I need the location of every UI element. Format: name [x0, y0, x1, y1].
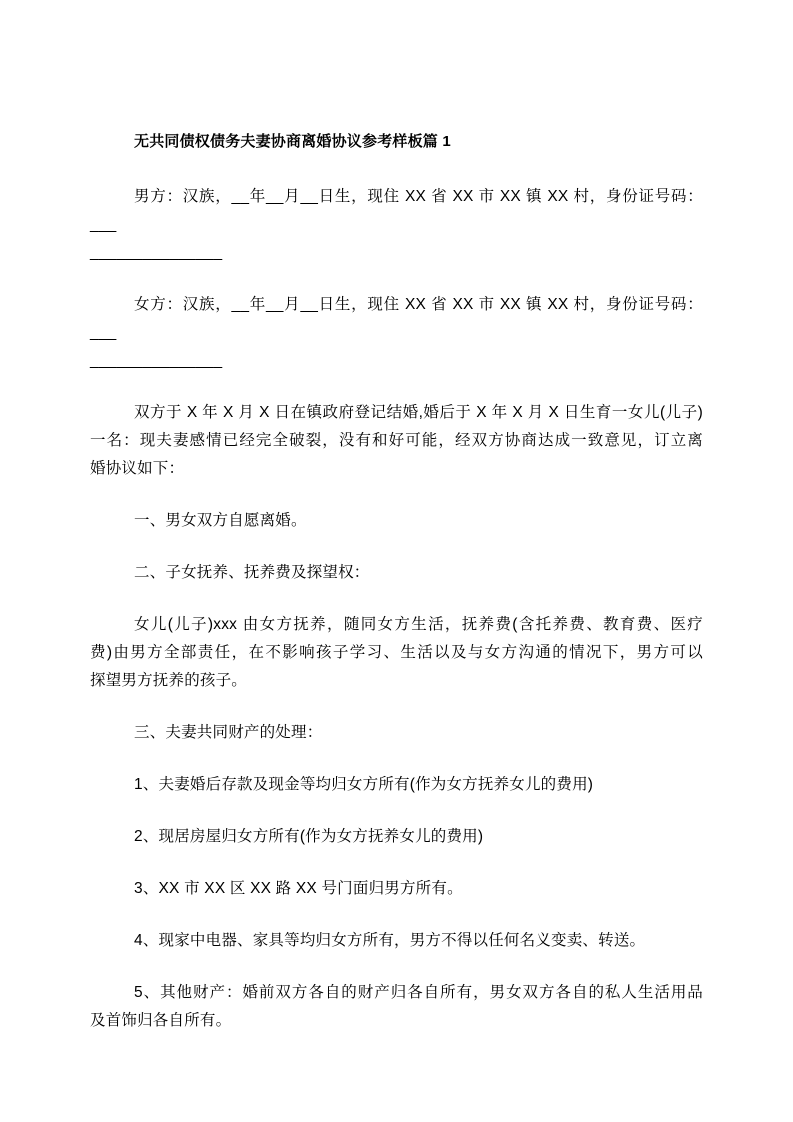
paragraph-line: 双方于 X 年 X 月 X 日在镇政府登记结婚,婚后于 X 年 X 月 X 日生… — [90, 399, 703, 427]
paragraph: 三、夫妻共同财产的处理： — [90, 719, 703, 747]
paragraph: 5、其他财产：婚前双方各自的财产归各自所有，男女双方各自的私人生活用品及首饰归各… — [90, 979, 703, 1035]
paragraph-line: _______________ — [90, 239, 703, 267]
paragraph-line: 探望男方抚养的孩子。 — [90, 667, 703, 695]
paragraph: 女方：汉族，__年__月__日生，现住 XX 省 XX 市 XX 镇 XX 村，… — [90, 291, 703, 375]
document-body: 男方：汉族，__年__月__日生，现住 XX 省 XX 市 XX 镇 XX 村，… — [90, 183, 703, 1035]
paragraph: 二、子女抚养、抚养费及探望权： — [90, 559, 703, 587]
paragraph: 1、夫妻婚后存款及现金等均归女方所有(作为女方抚养女儿的费用) — [90, 771, 703, 799]
paragraph-line: 1、夫妻婚后存款及现金等均归女方所有(作为女方抚养女儿的费用) — [90, 771, 703, 799]
paragraph-line: 婚协议如下： — [90, 455, 703, 483]
paragraph: 3、XX 市 XX 区 XX 路 XX 号门面归男方所有。 — [90, 875, 703, 903]
paragraph: 4、现家中电器、家具等均归女方所有，男方不得以任何名义变卖、转送。 — [90, 927, 703, 955]
paragraph: 女儿(儿子)xxx 由女方抚养，随同女方生活，抚养费(含托养费、教育费、医疗费)… — [90, 611, 703, 695]
paragraph-line: 一、男女双方自愿离婚。 — [90, 507, 703, 535]
document-title: 无共同债权债务夫妻协商离婚协议参考样板篇 1 — [90, 128, 703, 156]
paragraph-line: 男方：汉族，__年__月__日生，现住 XX 省 XX 市 XX 镇 XX 村，… — [90, 183, 703, 239]
paragraph-line: _______________ — [90, 347, 703, 375]
document-page: 无共同债权债务夫妻协商离婚协议参考样板篇 1 男方：汉族，__年__月__日生，… — [0, 0, 793, 1122]
paragraph-line: 费)由男方全部责任，在不影响孩子学习、生活以及与女方沟通的情况下，男方可以 — [90, 639, 703, 667]
paragraph-line: 5、其他财产：婚前双方各自的财产归各自所有，男女双方各自的私人生活用品 — [90, 979, 703, 1007]
paragraph-line: 3、XX 市 XX 区 XX 路 XX 号门面归男方所有。 — [90, 875, 703, 903]
paragraph: 一、男女双方自愿离婚。 — [90, 507, 703, 535]
paragraph-line: 女儿(儿子)xxx 由女方抚养，随同女方生活，抚养费(含托养费、教育费、医疗 — [90, 611, 703, 639]
paragraph-line: 2、现居房屋归女方所有(作为女方抚养女儿的费用) — [90, 823, 703, 851]
paragraph-line: 及首饰归各自所有。 — [90, 1007, 703, 1035]
paragraph: 男方：汉族，__年__月__日生，现住 XX 省 XX 市 XX 镇 XX 村，… — [90, 183, 703, 267]
paragraph: 2、现居房屋归女方所有(作为女方抚养女儿的费用) — [90, 823, 703, 851]
paragraph-line: 二、子女抚养、抚养费及探望权： — [90, 559, 703, 587]
paragraph-line: 4、现家中电器、家具等均归女方所有，男方不得以任何名义变卖、转送。 — [90, 927, 703, 955]
paragraph: 双方于 X 年 X 月 X 日在镇政府登记结婚,婚后于 X 年 X 月 X 日生… — [90, 399, 703, 483]
paragraph-line: 三、夫妻共同财产的处理： — [90, 719, 703, 747]
paragraph-line: 女方：汉族，__年__月__日生，现住 XX 省 XX 市 XX 镇 XX 村，… — [90, 291, 703, 347]
paragraph-line: 一名：现夫妻感情已经完全破裂，没有和好可能，经双方协商达成一致意见，订立离 — [90, 427, 703, 455]
